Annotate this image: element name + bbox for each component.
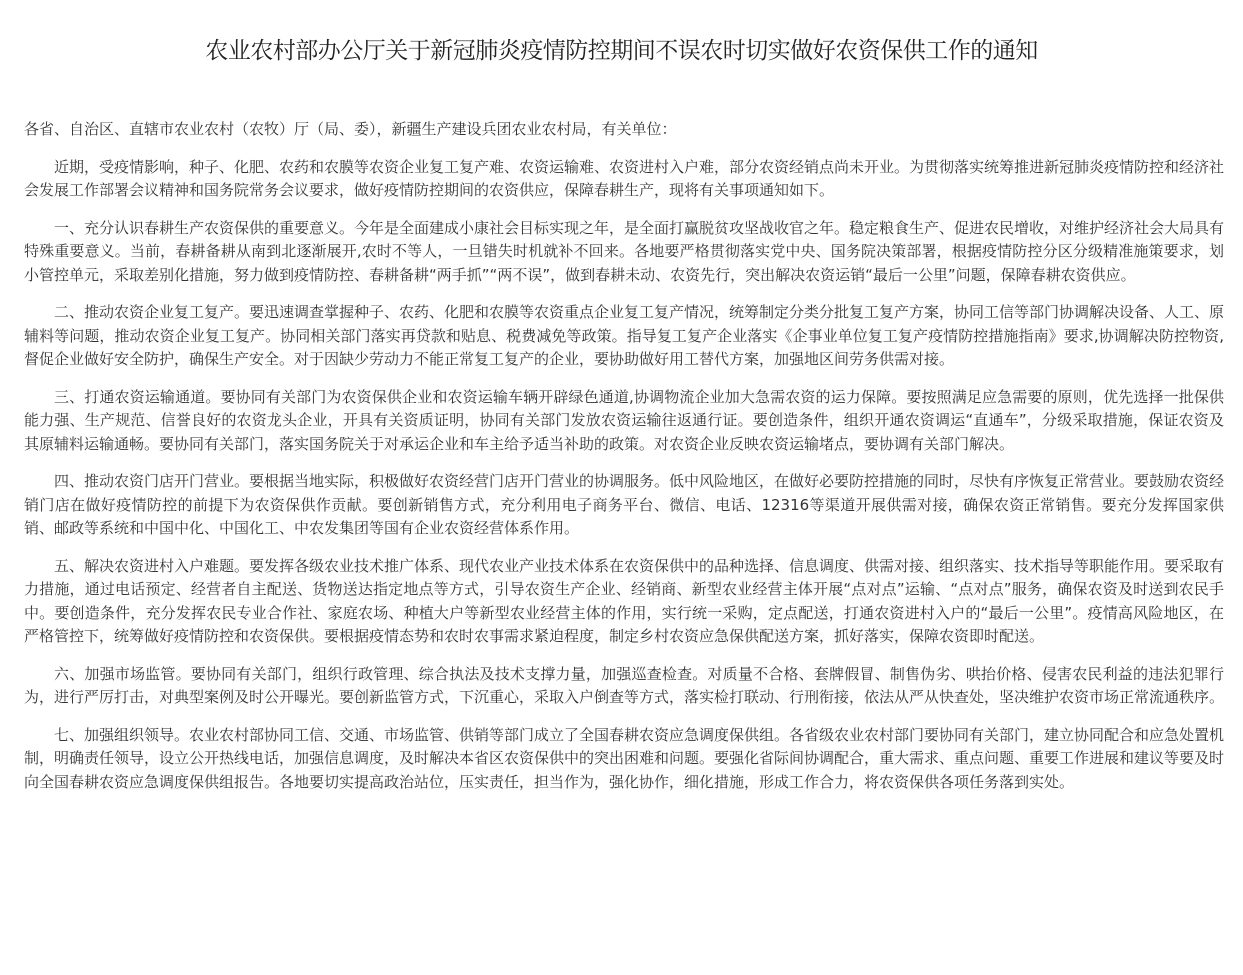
document-title: 农业农村部办公厅关于新冠肺炎疫情防控期间不误农时切实做好农资保供工作的通知 bbox=[0, 36, 1243, 66]
document-body: 各省、自治区、直辖市农业农村（农牧）厅（局、委），新疆生产建设兵团农业农村局，有… bbox=[24, 118, 1224, 808]
paragraph-section-7: 七、加强组织领导。农业农村部协同工信、交通、市场监管、供销等部门成立了全国春耕农… bbox=[24, 724, 1224, 795]
paragraph-section-5: 五、解决农资进村入户难题。要发挥各级农业技术推广体系、现代农业产业技术体系在农资… bbox=[24, 555, 1224, 649]
paragraph-section-3: 三、打通农资运输通道。要协同有关部门为农资保供企业和农资运输车辆开辟绿色通道,协… bbox=[24, 386, 1224, 457]
salutation: 各省、自治区、直辖市农业农村（农牧）厅（局、委），新疆生产建设兵团农业农村局，有… bbox=[24, 118, 1224, 142]
paragraph-intro: 近期，受疫情影响，种子、化肥、农药和农膜等农资企业复工复产难、农资运输难、农资进… bbox=[24, 156, 1224, 203]
paragraph-section-6: 六、加强市场监管。要协同有关部门，组织行政管理、综合执法及技术支撑力量，加强巡查… bbox=[24, 663, 1224, 710]
paragraph-section-2: 二、推动农资企业复工复产。要迅速调查掌握种子、农药、化肥和农膜等农资重点企业复工… bbox=[24, 301, 1224, 372]
paragraph-section-1: 一、充分认识春耕生产农资保供的重要意义。今年是全面建成小康社会目标实现之年，是全… bbox=[24, 217, 1224, 288]
paragraph-section-4: 四、推动农资门店开门营业。要根据当地实际，积极做好农资经营门店开门营业的协调服务… bbox=[24, 470, 1224, 541]
